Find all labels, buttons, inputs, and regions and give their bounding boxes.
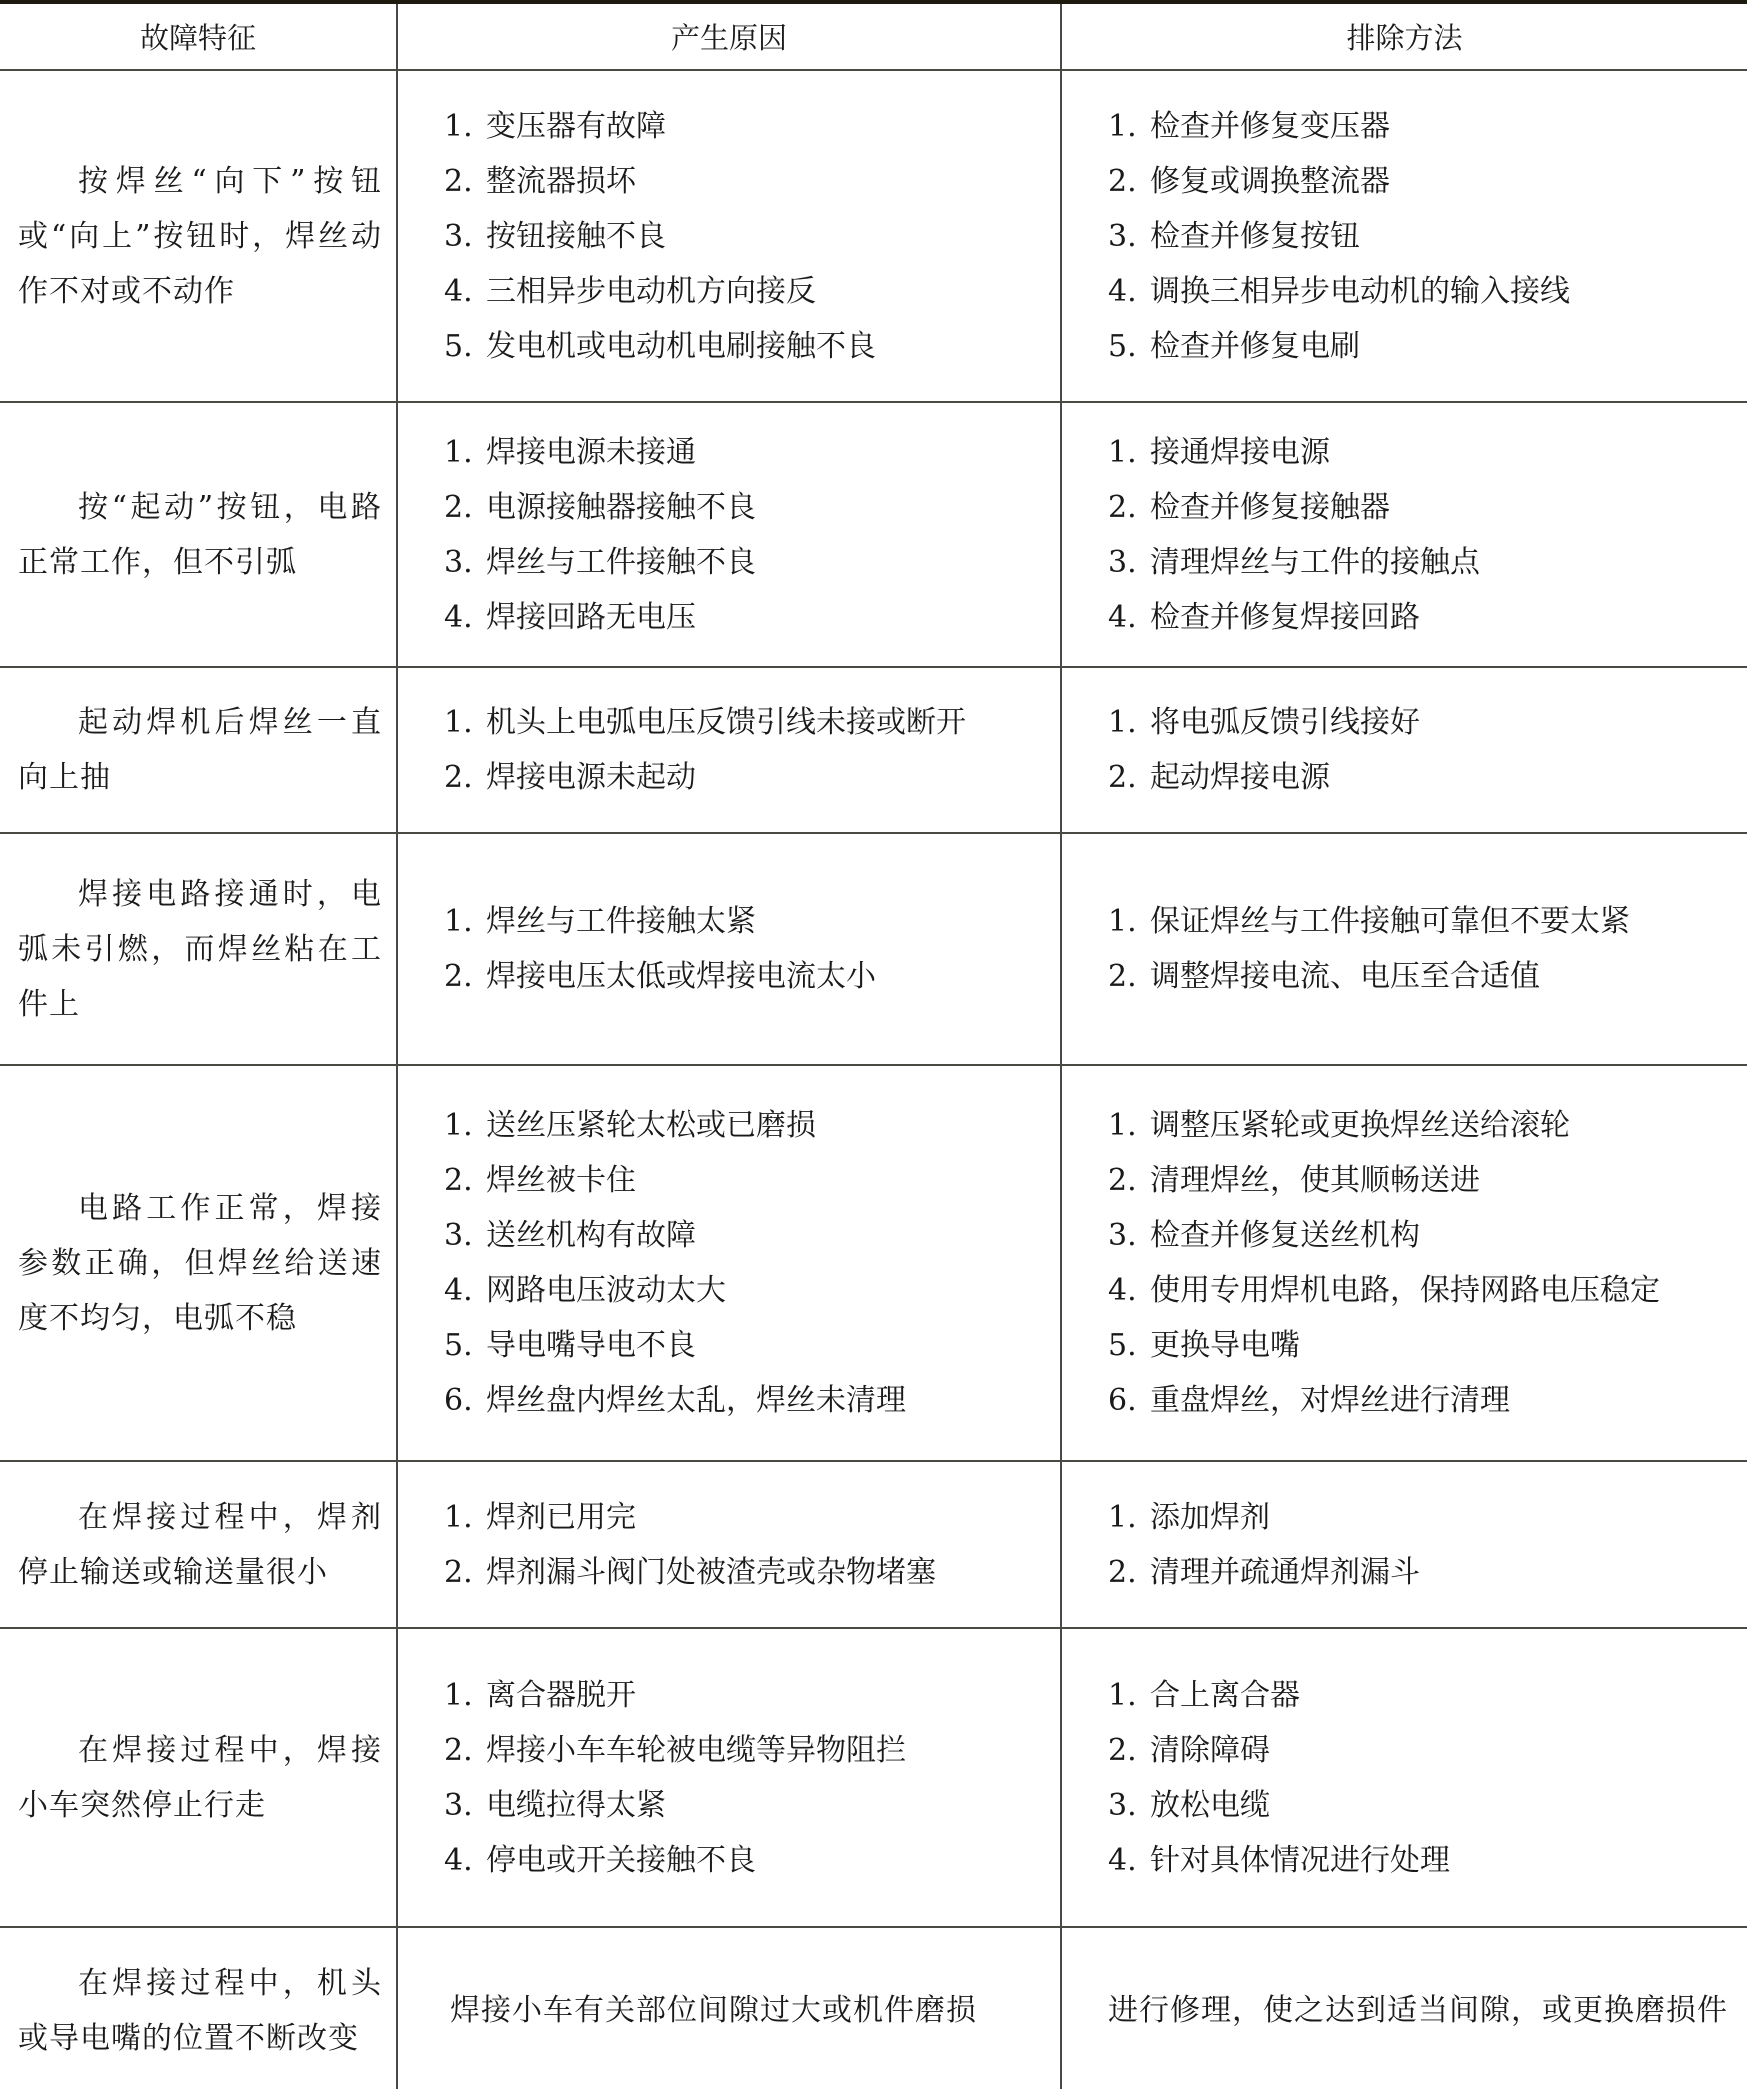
cause-item: 3.焊丝与工件接触不良 bbox=[444, 535, 1060, 590]
item-number: 3. bbox=[444, 535, 486, 590]
cause-text: 焊丝与工件接触不良 bbox=[486, 535, 756, 590]
cause-text: 送丝机构有故障 bbox=[486, 1208, 696, 1263]
cause-text: 导电嘴导电不良 bbox=[486, 1318, 696, 1373]
table-row: 焊接电路接通时，电弧未引燃，而焊丝粘在工件上 1.焊丝与工件接触太紧 2.焊接电… bbox=[0, 834, 1747, 1066]
cause-text: 焊接小车车轮被电缆等异物阻拦 bbox=[486, 1723, 906, 1778]
item-number: 4. bbox=[1108, 1833, 1150, 1888]
remedy-text: 保证焊丝与工件接触可靠但不要太紧 bbox=[1150, 894, 1630, 949]
remedy-cell: 1.接通焊接电源 2.检查并修复接触器 3.清理焊丝与工件的接触点 4.检查并修… bbox=[1062, 403, 1747, 666]
remedy-text: 检查并修复按钮 bbox=[1150, 209, 1360, 264]
remedy-item: 2.清除障碍 bbox=[1108, 1723, 1737, 1778]
table-row: 按“起动”按钮，电路正常工作，但不引弧 1.焊接电源未接通 2.电源接触器接触不… bbox=[0, 403, 1747, 668]
item-number: 2. bbox=[444, 1723, 486, 1778]
cause-cell: 1.焊丝与工件接触太紧 2.焊接电压太低或焊接电流太小 bbox=[398, 834, 1062, 1064]
remedy-item: 1.保证焊丝与工件接触可靠但不要太紧 bbox=[1108, 894, 1737, 949]
remedy-item: 4.针对具体情况进行处理 bbox=[1108, 1833, 1737, 1888]
cause-item: 3.按钮接触不良 bbox=[444, 209, 1060, 264]
symptom-text: 电路工作正常，焊接参数正确，但焊丝给送速度不均匀，电弧不稳 bbox=[18, 1181, 382, 1346]
remedy-item: 5.检查并修复电刷 bbox=[1108, 319, 1737, 374]
item-number: 1. bbox=[1108, 99, 1150, 154]
remedy-text: 调换三相异步电动机的输入接线 bbox=[1150, 264, 1570, 319]
item-number: 1. bbox=[444, 1668, 486, 1723]
cause-text: 焊丝被卡住 bbox=[486, 1153, 636, 1208]
cause-item: 1.焊接电源未接通 bbox=[444, 425, 1060, 480]
table-header-row: 故障特征 产生原因 排除方法 bbox=[0, 4, 1747, 71]
remedy-cell: 1.添加焊剂 2.清理并疏通焊剂漏斗 bbox=[1062, 1462, 1747, 1627]
remedy-text: 修复或调换整流器 bbox=[1150, 154, 1390, 209]
item-number: 2. bbox=[1108, 949, 1150, 1004]
remedy-item: 2.修复或调换整流器 bbox=[1108, 154, 1737, 209]
symptom-cell: 在焊接过程中，焊接小车突然停止行走 bbox=[0, 1629, 398, 1926]
remedy-item: 1.接通焊接电源 bbox=[1108, 425, 1737, 480]
cause-item: 2.电源接触器接触不良 bbox=[444, 480, 1060, 535]
remedy-text: 调整压紧轮或更换焊丝送给滚轮 bbox=[1150, 1098, 1570, 1153]
cause-text: 网路电压波动太大 bbox=[486, 1263, 726, 1318]
cause-item: 2.焊丝被卡住 bbox=[444, 1153, 1060, 1208]
remedy-text: 使用专用焊机电路，保持网路电压稳定 bbox=[1150, 1263, 1660, 1318]
cause-text: 焊接电源未起动 bbox=[486, 750, 696, 805]
remedy-cell: 1.保证焊丝与工件接触可靠但不要太紧 2.调整焊接电流、电压至合适值 bbox=[1062, 834, 1747, 1064]
cause-text: 停电或开关接触不良 bbox=[486, 1833, 756, 1888]
cause-item: 5.导电嘴导电不良 bbox=[444, 1318, 1060, 1373]
remedy-text: 清理焊丝，使其顺畅送进 bbox=[1150, 1153, 1480, 1208]
item-number: 3. bbox=[444, 1778, 486, 1833]
cause-text: 送丝压紧轮太松或已磨损 bbox=[486, 1098, 816, 1153]
item-number: 3. bbox=[1108, 535, 1150, 590]
remedy-item: 2.清理焊丝，使其顺畅送进 bbox=[1108, 1153, 1737, 1208]
item-number: 3. bbox=[444, 209, 486, 264]
cause-text: 三相异步电动机方向接反 bbox=[486, 264, 816, 319]
item-number: 4. bbox=[444, 264, 486, 319]
item-number: 1. bbox=[1108, 695, 1150, 750]
symptom-cell: 焊接电路接通时，电弧未引燃，而焊丝粘在工件上 bbox=[0, 834, 398, 1064]
item-number: 2. bbox=[1108, 750, 1150, 805]
header-remedy: 排除方法 bbox=[1062, 4, 1747, 69]
cause-item: 1.焊丝与工件接触太紧 bbox=[444, 894, 1060, 949]
cause-item: 4.三相异步电动机方向接反 bbox=[444, 264, 1060, 319]
remedy-item: 1.合上离合器 bbox=[1108, 1668, 1737, 1723]
remedy-text: 合上离合器 bbox=[1150, 1668, 1300, 1723]
remedy-item: 2.调整焊接电流、电压至合适值 bbox=[1108, 949, 1737, 1004]
item-number: 1. bbox=[1108, 1668, 1150, 1723]
item-number: 4. bbox=[1108, 1263, 1150, 1318]
item-number: 3. bbox=[444, 1208, 486, 1263]
remedy-item: 5.更换导电嘴 bbox=[1108, 1318, 1737, 1373]
cause-item: 2.整流器损坏 bbox=[444, 154, 1060, 209]
cause-item: 3.送丝机构有故障 bbox=[444, 1208, 1060, 1263]
item-number: 5. bbox=[1108, 1318, 1150, 1373]
remedy-cell: 1.合上离合器 2.清除障碍 3.放松电缆 4.针对具体情况进行处理 bbox=[1062, 1629, 1747, 1926]
symptom-text: 在焊接过程中，焊剂停止输送或输送量很小 bbox=[18, 1490, 382, 1600]
item-number: 3. bbox=[1108, 209, 1150, 264]
remedy-item: 3.放松电缆 bbox=[1108, 1778, 1737, 1833]
item-number: 6. bbox=[444, 1373, 486, 1428]
item-number: 1. bbox=[444, 1098, 486, 1153]
header-cause-label: 产生原因 bbox=[671, 16, 787, 57]
remedy-item: 1.添加焊剂 bbox=[1108, 1490, 1737, 1545]
item-number: 2. bbox=[1108, 154, 1150, 209]
remedy-text: 重盘焊丝，对焊丝进行清理 bbox=[1150, 1373, 1510, 1428]
cause-text: 发电机或电动机电刷接触不良 bbox=[486, 319, 876, 374]
remedy-item: 2.起动焊接电源 bbox=[1108, 750, 1737, 805]
cause-text: 焊接电压太低或焊接电流太小 bbox=[486, 949, 876, 1004]
symptom-text: 按焊丝“向下”按钮或“向上”按钮时，焊丝动作不对或不动作 bbox=[18, 154, 382, 319]
remedy-cell: 1.检查并修复变压器 2.修复或调换整流器 3.检查并修复按钮 4.调换三相异步… bbox=[1062, 71, 1747, 401]
cause-text: 按钮接触不良 bbox=[486, 209, 666, 264]
cause-cell: 1.送丝压紧轮太松或已磨损 2.焊丝被卡住 3.送丝机构有故障 4.网路电压波动… bbox=[398, 1066, 1062, 1460]
item-number: 2. bbox=[444, 750, 486, 805]
item-number: 1. bbox=[1108, 1490, 1150, 1545]
remedy-item: 1.将电弧反馈引线接好 bbox=[1108, 695, 1737, 750]
symptom-cell: 在焊接过程中，机头或导电嘴的位置不断改变 bbox=[0, 1928, 398, 2089]
header-symptom-label: 故障特征 bbox=[140, 16, 256, 57]
remedy-text: 进行修理，使之达到适当间隙，或更换磨损件 bbox=[1078, 1983, 1737, 2038]
remedy-item: 3.检查并修复按钮 bbox=[1108, 209, 1737, 264]
item-number: 5. bbox=[1108, 319, 1150, 374]
table-row: 在焊接过程中，焊剂停止输送或输送量很小 1.焊剂已用完 2.焊剂漏斗阀门处被渣壳… bbox=[0, 1462, 1747, 1629]
remedy-item: 2.清理并疏通焊剂漏斗 bbox=[1108, 1545, 1737, 1600]
symptom-cell: 起动焊机后焊丝一直向上抽 bbox=[0, 668, 398, 832]
remedy-item: 3.清理焊丝与工件的接触点 bbox=[1108, 535, 1737, 590]
symptom-text: 焊接电路接通时，电弧未引燃，而焊丝粘在工件上 bbox=[18, 867, 382, 1032]
cause-text: 焊接电源未接通 bbox=[486, 425, 696, 480]
remedy-text: 检查并修复电刷 bbox=[1150, 319, 1360, 374]
symptom-cell: 在焊接过程中，焊剂停止输送或输送量很小 bbox=[0, 1462, 398, 1627]
cause-cell: 1.焊剂已用完 2.焊剂漏斗阀门处被渣壳或杂物堵塞 bbox=[398, 1462, 1062, 1627]
troubleshooting-table: 故障特征 产生原因 排除方法 按焊丝“向下”按钮或“向上”按钮时，焊丝动作不对或… bbox=[0, 0, 1747, 2089]
remedy-text: 添加焊剂 bbox=[1150, 1490, 1270, 1545]
cause-item: 1.离合器脱开 bbox=[444, 1668, 1060, 1723]
item-number: 4. bbox=[444, 590, 486, 645]
remedy-item: 2.检查并修复接触器 bbox=[1108, 480, 1737, 535]
cause-text: 焊剂漏斗阀门处被渣壳或杂物堵塞 bbox=[486, 1545, 936, 1600]
table-row: 起动焊机后焊丝一直向上抽 1.机头上电弧电压反馈引线未接或断开 2.焊接电源未起… bbox=[0, 668, 1747, 834]
header-remedy-label: 排除方法 bbox=[1346, 16, 1462, 57]
item-number: 1. bbox=[1108, 1098, 1150, 1153]
table-row: 按焊丝“向下”按钮或“向上”按钮时，焊丝动作不对或不动作 1.变压器有故障 2.… bbox=[0, 71, 1747, 403]
remedy-text: 检查并修复焊接回路 bbox=[1150, 590, 1420, 645]
cause-text: 变压器有故障 bbox=[486, 99, 666, 154]
cause-item: 1.送丝压紧轮太松或已磨损 bbox=[444, 1098, 1060, 1153]
remedy-text: 接通焊接电源 bbox=[1150, 425, 1330, 480]
item-number: 2. bbox=[444, 949, 486, 1004]
cause-cell: 1.机头上电弧电压反馈引线未接或断开 2.焊接电源未起动 bbox=[398, 668, 1062, 832]
item-number: 4. bbox=[444, 1263, 486, 1318]
item-number: 4. bbox=[1108, 590, 1150, 645]
remedy-item: 4.检查并修复焊接回路 bbox=[1108, 590, 1737, 645]
remedy-text: 清理焊丝与工件的接触点 bbox=[1150, 535, 1480, 590]
item-number: 2. bbox=[1108, 480, 1150, 535]
remedy-text: 放松电缆 bbox=[1150, 1778, 1270, 1833]
cause-item: 2.焊接电压太低或焊接电流太小 bbox=[444, 949, 1060, 1004]
cause-item: 1.变压器有故障 bbox=[444, 99, 1060, 154]
cause-cell: 焊接小车有关部位间隙过大或机件磨损 bbox=[398, 1928, 1062, 2089]
item-number: 2. bbox=[1108, 1545, 1150, 1600]
item-number: 2. bbox=[444, 1153, 486, 1208]
cause-item: 6.焊丝盘内焊丝太乱，焊丝未清理 bbox=[444, 1373, 1060, 1428]
remedy-text: 清理并疏通焊剂漏斗 bbox=[1150, 1545, 1420, 1600]
cause-text: 焊接小车有关部位间隙过大或机件磨损 bbox=[450, 1983, 1060, 2038]
cause-text: 焊剂已用完 bbox=[486, 1490, 636, 1545]
cause-item: 4.网路电压波动太大 bbox=[444, 1263, 1060, 1318]
item-number: 1. bbox=[444, 1490, 486, 1545]
cause-item: 5.发电机或电动机电刷接触不良 bbox=[444, 319, 1060, 374]
symptom-cell: 电路工作正常，焊接参数正确，但焊丝给送速度不均匀，电弧不稳 bbox=[0, 1066, 398, 1460]
cause-cell: 1.变压器有故障 2.整流器损坏 3.按钮接触不良 4.三相异步电动机方向接反 … bbox=[398, 71, 1062, 401]
cause-cell: 1.离合器脱开 2.焊接小车车轮被电缆等异物阻拦 3.电缆拉得太紧 4.停电或开… bbox=[398, 1629, 1062, 1926]
cause-text: 机头上电弧电压反馈引线未接或断开 bbox=[486, 695, 966, 750]
remedy-text: 起动焊接电源 bbox=[1150, 750, 1330, 805]
cause-text: 电源接触器接触不良 bbox=[486, 480, 756, 535]
item-number: 1. bbox=[444, 894, 486, 949]
remedy-item: 1.检查并修复变压器 bbox=[1108, 99, 1737, 154]
remedy-cell: 进行修理，使之达到适当间隙，或更换磨损件 bbox=[1062, 1928, 1747, 2089]
table-row: 在焊接过程中，焊接小车突然停止行走 1.离合器脱开 2.焊接小车车轮被电缆等异物… bbox=[0, 1629, 1747, 1928]
remedy-text: 针对具体情况进行处理 bbox=[1150, 1833, 1450, 1888]
remedy-text: 清除障碍 bbox=[1150, 1723, 1270, 1778]
item-number: 3. bbox=[1108, 1208, 1150, 1263]
remedy-cell: 1.调整压紧轮或更换焊丝送给滚轮 2.清理焊丝，使其顺畅送进 3.检查并修复送丝… bbox=[1062, 1066, 1747, 1460]
remedy-item: 4.使用专用焊机电路，保持网路电压稳定 bbox=[1108, 1263, 1737, 1318]
item-number: 1. bbox=[1108, 425, 1150, 480]
cause-item: 3.电缆拉得太紧 bbox=[444, 1778, 1060, 1833]
symptom-cell: 按“起动”按钮，电路正常工作，但不引弧 bbox=[0, 403, 398, 666]
remedy-item: 4.调换三相异步电动机的输入接线 bbox=[1108, 264, 1737, 319]
remedy-item: 3.检查并修复送丝机构 bbox=[1108, 1208, 1737, 1263]
table-row: 电路工作正常，焊接参数正确，但焊丝给送速度不均匀，电弧不稳 1.送丝压紧轮太松或… bbox=[0, 1066, 1747, 1462]
item-number: 2. bbox=[444, 1545, 486, 1600]
item-number: 6. bbox=[1108, 1373, 1150, 1428]
item-number: 2. bbox=[1108, 1153, 1150, 1208]
remedy-text: 调整焊接电流、电压至合适值 bbox=[1150, 949, 1540, 1004]
remedy-cell: 1.将电弧反馈引线接好 2.起动焊接电源 bbox=[1062, 668, 1747, 832]
remedy-text: 检查并修复变压器 bbox=[1150, 99, 1390, 154]
item-number: 4. bbox=[444, 1833, 486, 1888]
remedy-text: 检查并修复接触器 bbox=[1150, 480, 1390, 535]
symptom-text: 在焊接过程中，机头或导电嘴的位置不断改变 bbox=[18, 1956, 382, 2066]
cause-item: 1.焊剂已用完 bbox=[444, 1490, 1060, 1545]
symptom-text: 按“起动”按钮，电路正常工作，但不引弧 bbox=[18, 480, 382, 590]
cause-text: 焊丝盘内焊丝太乱，焊丝未清理 bbox=[486, 1373, 906, 1428]
item-number: 4. bbox=[1108, 264, 1150, 319]
cause-item: 2.焊接小车车轮被电缆等异物阻拦 bbox=[444, 1723, 1060, 1778]
symptom-text: 在焊接过程中，焊接小车突然停止行走 bbox=[18, 1723, 382, 1833]
item-number: 5. bbox=[444, 1318, 486, 1373]
symptom-cell: 按焊丝“向下”按钮或“向上”按钮时，焊丝动作不对或不动作 bbox=[0, 71, 398, 401]
item-number: 1. bbox=[444, 99, 486, 154]
remedy-text: 检查并修复送丝机构 bbox=[1150, 1208, 1420, 1263]
item-number: 5. bbox=[444, 319, 486, 374]
cause-text: 离合器脱开 bbox=[486, 1668, 636, 1723]
cause-text: 焊丝与工件接触太紧 bbox=[486, 894, 756, 949]
header-symptom: 故障特征 bbox=[0, 4, 398, 69]
cause-text: 焊接回路无电压 bbox=[486, 590, 696, 645]
cause-text: 整流器损坏 bbox=[486, 154, 636, 209]
item-number: 1. bbox=[444, 425, 486, 480]
remedy-text: 更换导电嘴 bbox=[1150, 1318, 1300, 1373]
symptom-text: 起动焊机后焊丝一直向上抽 bbox=[18, 695, 382, 805]
remedy-text: 将电弧反馈引线接好 bbox=[1150, 695, 1420, 750]
header-cause: 产生原因 bbox=[398, 4, 1062, 69]
item-number: 2. bbox=[444, 154, 486, 209]
item-number: 3. bbox=[1108, 1778, 1150, 1833]
item-number: 1. bbox=[1108, 894, 1150, 949]
cause-item: 1.机头上电弧电压反馈引线未接或断开 bbox=[444, 695, 1060, 750]
item-number: 2. bbox=[1108, 1723, 1150, 1778]
cause-item: 2.焊接电源未起动 bbox=[444, 750, 1060, 805]
remedy-item: 6.重盘焊丝，对焊丝进行清理 bbox=[1108, 1373, 1737, 1428]
cause-item: 2.焊剂漏斗阀门处被渣壳或杂物堵塞 bbox=[444, 1545, 1060, 1600]
remedy-item: 1.调整压紧轮或更换焊丝送给滚轮 bbox=[1108, 1098, 1737, 1153]
cause-item: 4.停电或开关接触不良 bbox=[444, 1833, 1060, 1888]
cause-item: 4.焊接回路无电压 bbox=[444, 590, 1060, 645]
table-row: 在焊接过程中，机头或导电嘴的位置不断改变 焊接小车有关部位间隙过大或机件磨损 进… bbox=[0, 1928, 1747, 2089]
cause-text: 电缆拉得太紧 bbox=[486, 1778, 666, 1833]
item-number: 1. bbox=[444, 695, 486, 750]
item-number: 2. bbox=[444, 480, 486, 535]
cause-cell: 1.焊接电源未接通 2.电源接触器接触不良 3.焊丝与工件接触不良 4.焊接回路… bbox=[398, 403, 1062, 666]
